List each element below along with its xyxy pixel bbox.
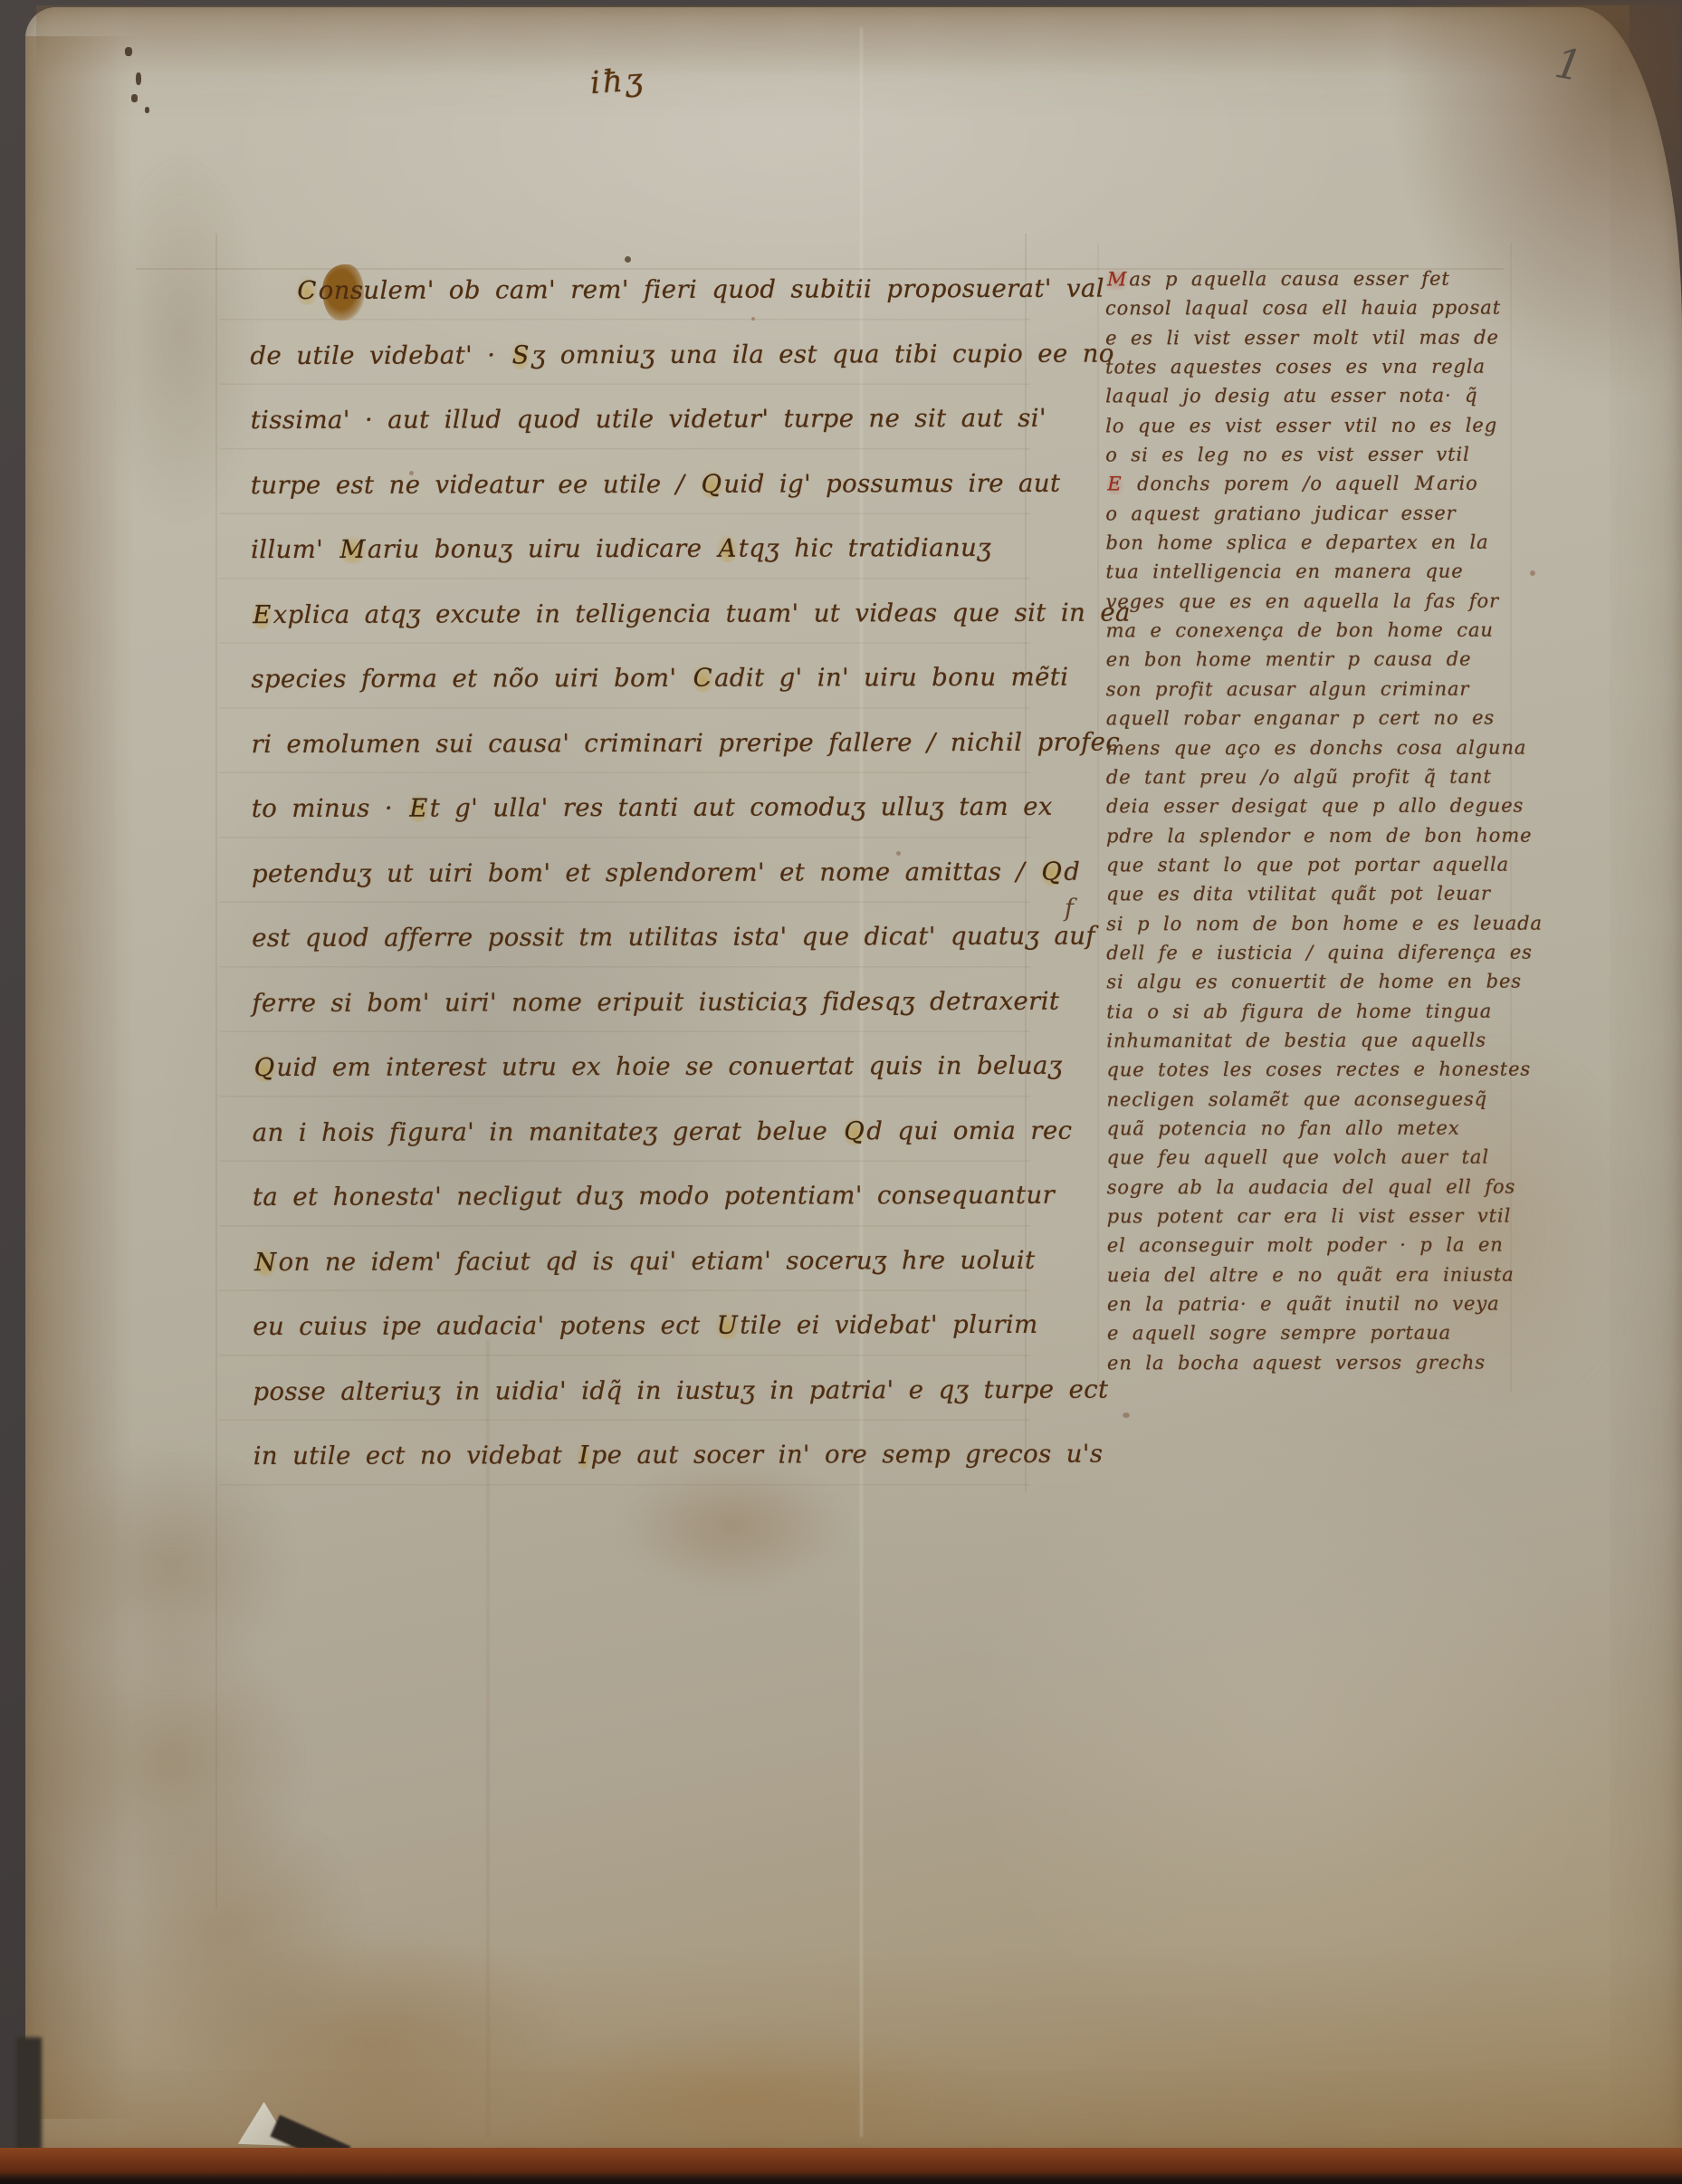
text-line: est quod afferre possit tm utilitas ista… xyxy=(252,905,1003,972)
text-line: ferre si bom' uiri' nome eripuit iustici… xyxy=(252,969,1003,1036)
text-line: si algu es conuertit de home en bes xyxy=(1106,967,1514,997)
text-line: totes aquestes coses es vna regla xyxy=(1105,352,1513,382)
text-line: necligen solamẽt que aconseguesq̃ xyxy=(1107,1084,1515,1114)
catalan-text-column: Mas p aquella causa esser fetconsol laqu… xyxy=(1105,264,1515,1378)
text-line: mens que aço es donchs cosa alguna xyxy=(1106,733,1514,762)
text-line: pus potent car era li vist esser vtil xyxy=(1107,1202,1515,1231)
text-line: que totes les coses rectes e honestes xyxy=(1106,1055,1514,1085)
text-line: Quid em interest utru ex hoie se conuert… xyxy=(252,1034,1003,1101)
text-line: lo que es vist esser vtil no es leg xyxy=(1105,410,1513,440)
text-line: species forma et nõo uiri bom' Cadit g' … xyxy=(251,646,1002,713)
text-line: son profit acusar algun criminar xyxy=(1106,674,1514,704)
text-line: bon home splica e departex en la xyxy=(1105,528,1513,558)
top-inscription-ihs: iħʒ xyxy=(589,62,647,101)
text-line: turpe est ne videatur ee utile / Quid ig… xyxy=(251,451,1002,518)
text-line: el aconseguir molt poder · p la en xyxy=(1107,1231,1515,1260)
text-line: to minus · Et g' ulla' res tanti aut com… xyxy=(252,775,1003,842)
table-edge xyxy=(0,2148,1682,2184)
text-line: Consulem' ob cam' rem' fieri quod subiti… xyxy=(250,257,1001,324)
text-line: ri emolumen sui causa' criminari preripe… xyxy=(252,710,1003,777)
text-line: inhumanitat de bestia que aquells xyxy=(1106,1026,1514,1056)
text-line: que stant lo que pot portar aquella xyxy=(1106,849,1514,879)
text-line: que es dita vtilitat quãt pot leuar xyxy=(1106,879,1514,909)
text-line: tia o si ab figura de home tingua xyxy=(1106,996,1514,1026)
text-line: si p lo nom de bon home e es leuada xyxy=(1106,908,1514,938)
text-line: illum' Mariu bonuʒ uiru iudicare Atqʒ hi… xyxy=(251,516,1002,583)
text-line: en la patria· e quãt inutil no veya xyxy=(1107,1289,1515,1319)
text-line: Non ne idem' faciut qd is qui' etiam' so… xyxy=(253,1228,1004,1295)
text-line: an i hois figura' in manitateʒ gerat bel… xyxy=(253,1098,1004,1165)
text-line: tissima' · aut illud quod utile videtur'… xyxy=(251,387,1002,454)
text-line: de utile videbat' · Sʒ omniuʒ una ila es… xyxy=(250,321,1001,388)
text-line: in utile ect no videbat Ipe aut socer in… xyxy=(253,1422,1005,1490)
text-line: Mas p aquella causa esser fet xyxy=(1105,264,1513,294)
text-line: aquell robar enganar p cert no es xyxy=(1106,704,1514,733)
text-line: ta et honesta' necligut duʒ modo potenti… xyxy=(253,1164,1004,1231)
text-line: deia esser desigat que p allo degues xyxy=(1106,791,1514,821)
text-line: E donchs porem /o aquell Mario xyxy=(1105,469,1513,499)
manuscript-photo: iħʒ 1 f Consulem' ob cam' rem' fieri quo… xyxy=(0,0,1682,2184)
text-line: laqual jo desig atu esser nota· q̃ xyxy=(1105,381,1513,411)
text-line: en bon home mentir p causa de xyxy=(1106,645,1514,675)
text-line: quã potencia no fan allo metex xyxy=(1107,1114,1515,1144)
text-line: ma e conexença de bon home cau xyxy=(1106,616,1514,646)
text-line: eu cuius ipe audacia' potens ect Utile e… xyxy=(253,1293,1004,1360)
text-line: e es li vist esser molt vtil mas de xyxy=(1105,322,1513,352)
text-line: sogre ab la audacia del qual ell fos xyxy=(1107,1172,1515,1202)
text-line: pdre la splendor e nom de bon home xyxy=(1106,820,1514,850)
text-line: o aquest gratiano judicar esser xyxy=(1105,498,1513,528)
text-line: tua intelligencia en manera que xyxy=(1105,557,1513,587)
text-line: posse alteriuʒ in uidia' idq̃ in iustuʒ … xyxy=(253,1357,1004,1424)
text-line: que feu aquell que volch auer tal xyxy=(1107,1143,1515,1173)
text-line: petenduʒ ut uiri bom' et splendorem' et … xyxy=(252,839,1003,906)
text-line: dell fe e iusticia / quina diferença es xyxy=(1106,938,1514,968)
text-line: Explica atqʒ excute in telligencia tuam'… xyxy=(251,580,1002,647)
text-line: veges que es en aquella la fas for xyxy=(1106,586,1514,616)
text-line: consol laqual cosa ell hauia pposat xyxy=(1105,293,1513,323)
text-line: o si es leg no es vist esser vtil xyxy=(1105,440,1513,470)
text-line: e aquell sogre sempre portaua xyxy=(1107,1318,1515,1348)
text-line: de tant preu /o algũ profit q̃ tant xyxy=(1106,762,1514,791)
text-line: en la bocha aquest versos grechs xyxy=(1107,1347,1515,1377)
marginal-mark: f xyxy=(1065,895,1074,923)
text-line: ueia del altre e no quãt era iniusta xyxy=(1107,1260,1515,1289)
latin-text-column: Consulem' ob cam' rem' fieri quod subiti… xyxy=(250,257,1005,1490)
